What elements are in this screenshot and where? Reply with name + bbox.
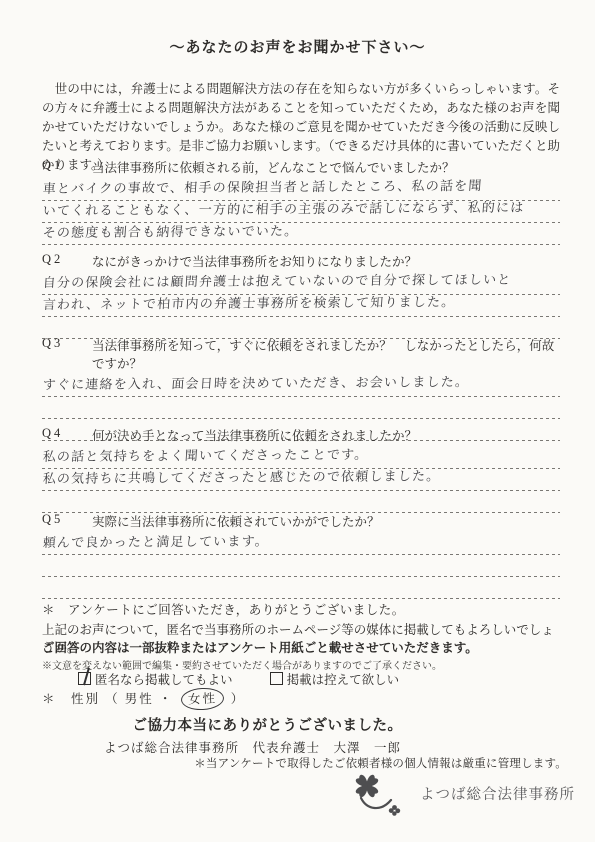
firm-logo-text: よつば総合法律事務所: [420, 783, 575, 804]
answer-line: 私の気持ちに共鳴してくださったと感じたので依頼しました。: [42, 469, 560, 491]
gender-prefix: ＊ 性別: [42, 692, 100, 706]
answer-line: いてくれることもなく、一方的に相手の主張のみで話しにならず、私的には: [42, 201, 560, 223]
question-row: Q1 当法律事務所に依頼される前，どんなことで悩んでいましたか？: [42, 158, 560, 176]
gender-separator: ・: [159, 692, 174, 706]
survey-thanks-line: ＊ アンケートにご回答いただき，ありがとうございました。: [42, 600, 560, 618]
question-label: Q2: [42, 252, 92, 270]
answer-line: すぐに連絡を入れ、面会日時を決めていただき、お会いしました。: [42, 375, 560, 397]
question-block-q1: Q1 当法律事務所に依頼される前，どんなことで悩んでいましたか？ 車とバイクの事…: [42, 158, 560, 245]
gender-paren-open: （: [105, 692, 120, 706]
answer-line: 頼んで良かったと満足しています。: [42, 533, 560, 555]
handwritten-answer: 言われ、ネットで柏市内の弁護士事務所を検索して知りました。: [42, 295, 456, 316]
question-label: Q5: [42, 512, 92, 530]
checkbox-icon: [78, 672, 91, 685]
handwritten-answer: 頼んで良かったと満足しています。: [42, 533, 270, 554]
handwritten-answer: 車とバイクの事故で、相手の保険担当者と話したところ、私の話を聞: [42, 179, 483, 200]
publish-choice-row: 匿名なら掲載してもよい 掲載は控えて欲しい: [78, 670, 558, 688]
question-text: 当法律事務所を知って，すぐに依頼をされましたか？ しなかったとしたら，何故ですか…: [92, 336, 560, 372]
checkbox-anonymous-ok: 匿名なら掲載してもよい: [78, 670, 233, 688]
gender-option-male: 男性: [125, 692, 154, 706]
question-block-q2: Q2 なにがきっかけで当法律事務所をお知りになりましたか？ 自分の保険会社には顧…: [42, 252, 560, 339]
handwritten-answer: その態度も割合も納得できないでいた。: [42, 223, 299, 244]
question-label: Q4: [42, 426, 92, 444]
answer-line-empty: [42, 397, 560, 419]
checkbox-decline-label: 掲載は控えて欲しい: [287, 673, 400, 687]
handwritten-answer: すぐに連絡を入れ、面会日時を決めていただき、お会いしました。: [42, 375, 470, 396]
answer-line-empty: [42, 555, 560, 577]
gender-option-female-circled: 女性: [180, 687, 224, 711]
firm-signature: よつば総合法律事務所 代表弁護士 大澤 一郎: [0, 738, 505, 756]
question-text: なにがきっかけで当法律事務所をお知りになりましたか？: [92, 252, 560, 270]
gender-paren-close: ）: [231, 692, 246, 706]
publish-detail-line: ご回答の内容は一部抜粋またはアンケート用紙ごと載せさせていただきます。: [42, 638, 560, 656]
question-block-q4: Q4 何が決め手となって当法律事務所に依頼をされましたか？ 私の話と気持ちをよく…: [42, 426, 560, 513]
cooperation-thanks-heading: ご協力本当にありがとうございました。: [0, 714, 535, 735]
answer-line: その態度も割合も納得できないでいた。: [42, 223, 560, 245]
checkbox-icon: [270, 672, 283, 685]
answer-line: 私の話と気持ちをよく聞いてくださったことです。: [42, 447, 560, 469]
answer-line-empty: [42, 577, 560, 599]
gender-row: ＊ 性別 （ 男性 ・ 女性 ）: [42, 688, 560, 710]
question-label: Q3: [42, 336, 92, 372]
page-title: ～あなたのお声をお聞かせ下さい～: [0, 36, 595, 57]
question-label: Q1: [42, 158, 92, 176]
handwritten-answer: 私の気持ちに共鳴してくださったと感じたので依頼しました。: [42, 469, 441, 490]
four-leaf-clover-icon: [348, 768, 404, 818]
handwritten-answer: いてくれることもなく、一方的に相手の主張のみで話しにならず、私的には: [42, 201, 525, 222]
handwritten-answer: 私の話と気持ちをよく聞いてくださったことです。: [42, 447, 369, 468]
answer-line: 自分の保険会社には顧問弁護士は抱えていないので自分で探してほしいと: [42, 273, 560, 295]
question-row: Q3 当法律事務所を知って，すぐに依頼をされましたか？ しなかったとしたら，何故…: [42, 336, 560, 372]
answer-line: 言われ、ネットで柏市内の弁護士事務所を検索して知りました。: [42, 295, 560, 317]
checkbox-anonymous-label: 匿名なら掲載してもよい: [95, 673, 233, 687]
firm-logo: よつば総合法律事務所: [348, 768, 575, 818]
question-text: 実際に当法律事務所に依頼されていかがでしたか？: [92, 512, 560, 530]
answer-line-empty: [42, 491, 560, 513]
checkbox-decline-publish: 掲載は控えて欲しい: [270, 670, 400, 688]
question-row: Q5 実際に当法律事務所に依頼されていかがでしたか？: [42, 512, 560, 530]
questionnaire-scan-page: ～あなたのお声をお聞かせ下さい～ 世の中には，弁護士による問題解決方法の存在を知…: [0, 0, 595, 842]
question-text: 当法律事務所に依頼される前，どんなことで悩んでいましたか？: [92, 158, 560, 176]
handwritten-answer: 自分の保険会社には顧問弁護士は抱えていないので自分で探してほしいと: [42, 273, 512, 294]
question-row: Q4 何が決め手となって当法律事務所に依頼をされましたか？: [42, 426, 560, 444]
question-block-q5: Q5 実際に当法律事務所に依頼されていかがでしたか？ 頼んで良かったと満足してい…: [42, 512, 560, 599]
question-text: 何が決め手となって当法律事務所に依頼をされましたか？: [92, 426, 560, 444]
question-row: Q2 なにがきっかけで当法律事務所をお知りになりましたか？: [42, 252, 560, 270]
answer-line: 車とバイクの事故で、相手の保険担当者と話したところ、私の話を聞: [42, 179, 560, 201]
handwritten-check-mark: [83, 667, 89, 685]
